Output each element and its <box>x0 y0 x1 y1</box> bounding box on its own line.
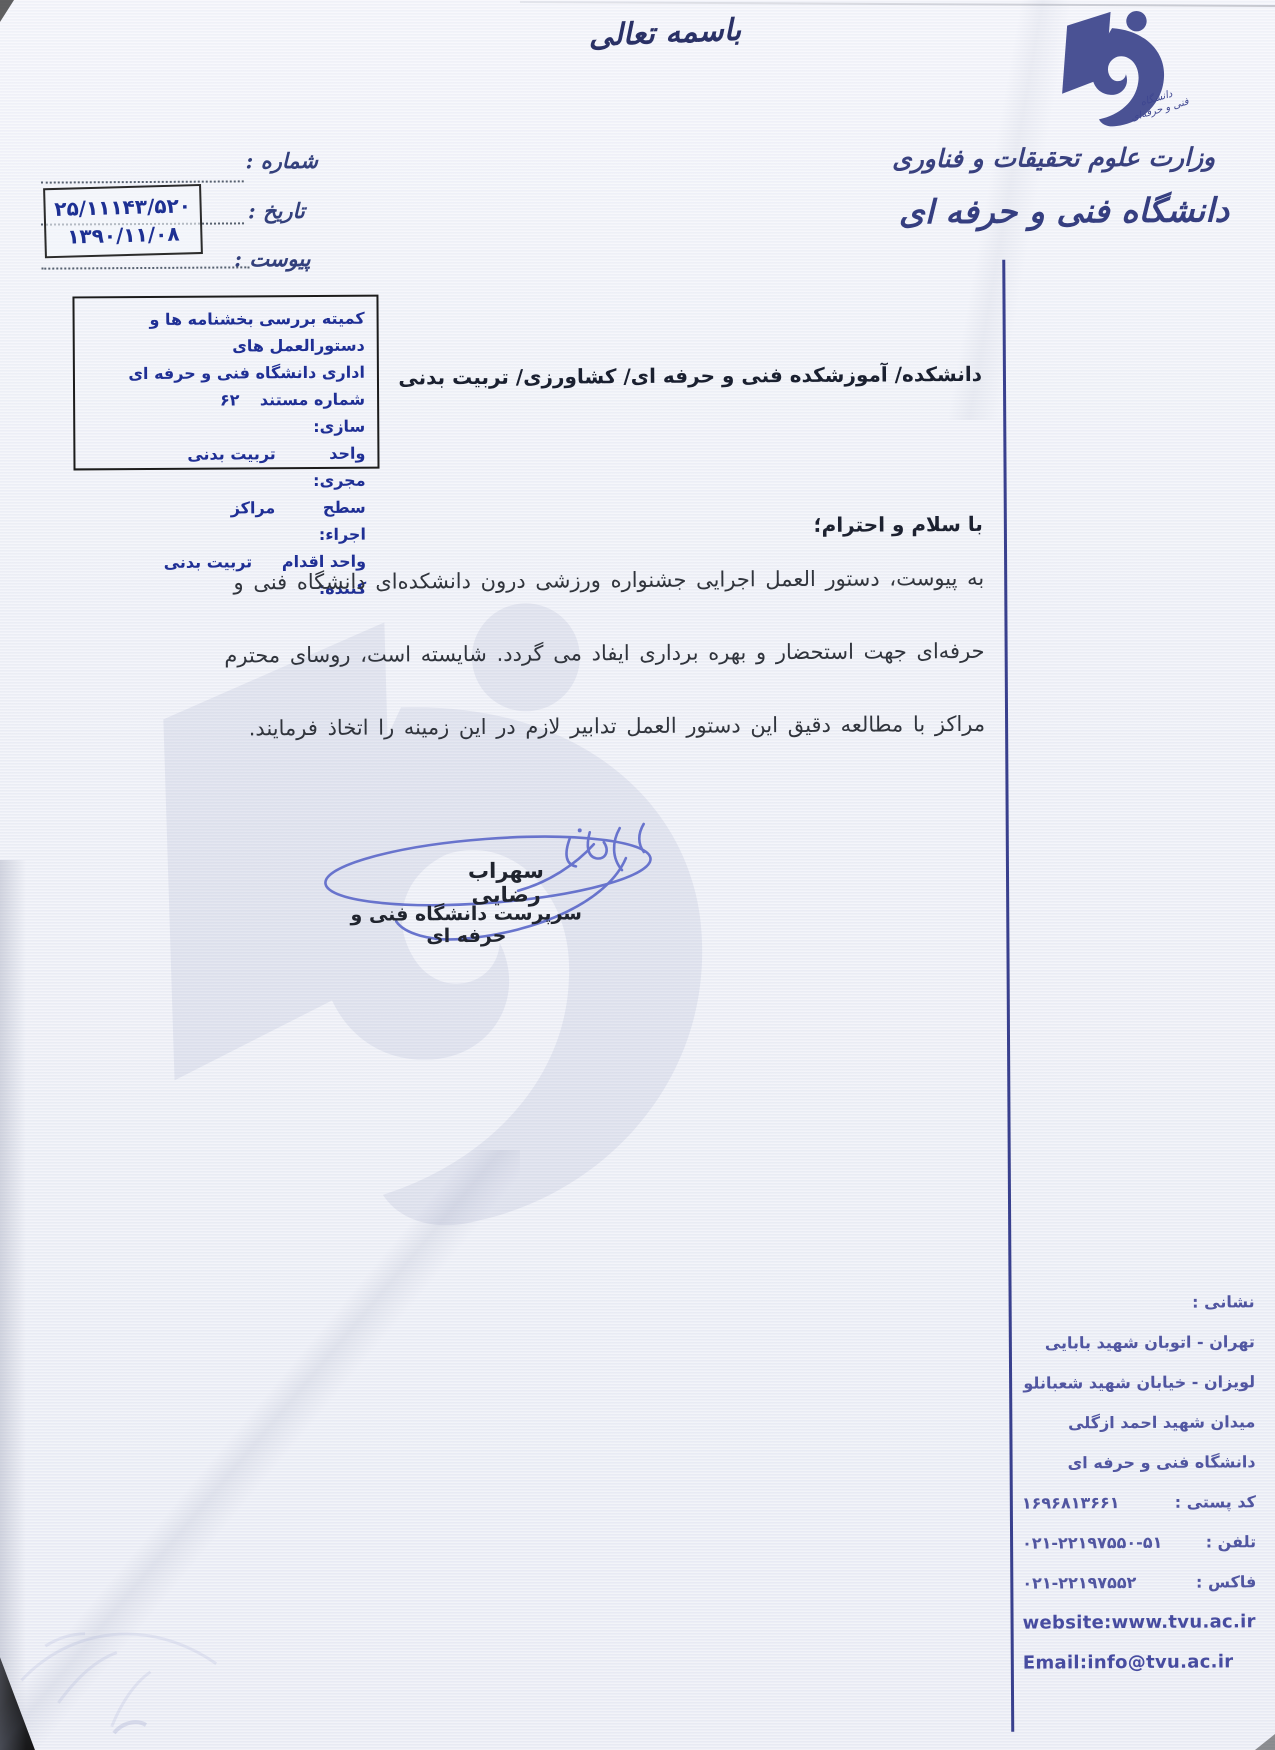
fax-value: ۰۲۱-۲۲۱۹۷۵۵۲ <box>1022 1563 1136 1604</box>
bismillah-heading: باسمه تعالی <box>534 11 795 57</box>
postal-code-row: کد پستی : ۱۶۹۶۸۱۳۶۶۱ <box>1022 1482 1256 1523</box>
committee-row-label: واحد مجری: <box>276 440 366 495</box>
committee-title-line1: کمیته بررسی بخشنامه ها و دستورالعمل های <box>85 305 365 361</box>
signatory-name: سهراب رضایی <box>438 858 574 907</box>
committee-row-doc-number: شماره مستند سازی: ۶۲ <box>85 386 365 442</box>
committee-row-value: ۶۲ <box>85 386 240 441</box>
ref-number-dotted-line <box>41 178 244 183</box>
address-line: تهران - اتوبان شهید بابایی <box>1021 1322 1255 1363</box>
committee-row-value: تربیت بدنی <box>85 440 276 495</box>
committee-title-line2: اداری دانشگاه فنی و حرفه ای <box>85 359 365 388</box>
email-line: Email:info@tvu.ac.ir <box>1023 1642 1257 1683</box>
fax-label: فاکس : <box>1196 1562 1257 1602</box>
ministry-name: وزارت علوم تحقیقات و فناوری <box>868 142 1240 173</box>
body-text-line: به پیوست، دستور العمل اجرایی جشنواره ورز… <box>146 566 984 595</box>
committee-row-label: شماره مستند سازی: <box>239 386 365 441</box>
address-line: میدان شهید احمد ازگلی <box>1021 1402 1255 1443</box>
reference-stamp-box: ۲۵/۱۱۱۴۳/۵۲۰ ۱۳۹۰/۱۱/۰۸ <box>43 184 203 258</box>
phone-value: ۰۲۱-۲۲۱۹۷۵۵۰-۵۱ <box>1022 1523 1162 1564</box>
ref-date-label: تاریخ : <box>248 198 305 223</box>
stamp-date: ۱۳۹۰/۱۱/۰۸ <box>46 220 201 250</box>
university-name: دانشگاه فنی و حرفه ای <box>888 190 1240 231</box>
scanned-letter-page: باسمه تعالی دانشگاه فنی و حرفه‌ای وزارت … <box>0 0 1275 1750</box>
contact-info-block: نشانی : تهران - اتوبان شهید بابایی لویزا… <box>1021 1282 1257 1683</box>
letter-content: باسمه تعالی دانشگاه فنی و حرفه‌ای وزارت … <box>0 0 1275 1750</box>
website-line: website:www.tvu.ac.ir <box>1022 1602 1256 1643</box>
signatory-title: سرپرست دانشگاه فنی و حرفه ای <box>348 902 584 947</box>
committee-row-label: سطح اجراء: <box>275 494 366 549</box>
address-line: دانشگاه فنی و حرفه ای <box>1021 1442 1255 1483</box>
fax-row: فاکس : ۰۲۱-۲۲۱۹۷۵۵۲ <box>1022 1562 1256 1603</box>
salutation-line: با سلام و احترام؛ <box>683 512 983 538</box>
phone-label: تلفن : <box>1206 1522 1257 1562</box>
body-text-line: مراکز با مطالعه دقیق این دستور العمل تدا… <box>147 712 985 741</box>
ref-number-label: شماره : <box>246 148 318 173</box>
addressee-line: دانشکده/ آموزشکده فنی و حرفه ای/ کشاورزی… <box>382 362 982 390</box>
committee-info-box: کمیته بررسی بخشنامه ها و دستورالعمل های … <box>72 295 379 471</box>
body-text-line: حرفه‌ای جهت استحضار و بهره برداری ایفاد … <box>147 639 985 668</box>
address-line: لویزان - خیابان شهید شعبانلو <box>1021 1362 1255 1403</box>
committee-row-execution-level: سطح اجراء: مراکز <box>86 494 366 550</box>
address-label: نشانی : <box>1021 1282 1255 1323</box>
vertical-divider-rule <box>1002 260 1014 1732</box>
phone-row: تلفن : ۰۲۱-۲۲۱۹۷۵۵۰-۵۱ <box>1022 1522 1256 1563</box>
postal-code-label: کد پستی : <box>1175 1482 1256 1522</box>
committee-row-executing-unit: واحد مجری: تربیت بدنی <box>85 440 365 496</box>
stamp-reference-number: ۲۵/۱۱۱۴۳/۵۲۰ <box>45 192 200 222</box>
postal-code-value: ۱۶۹۶۸۱۳۶۶۱ <box>1022 1483 1120 1524</box>
ref-attachment-dotted-line <box>41 264 249 269</box>
committee-row-value: مراکز <box>86 494 276 549</box>
